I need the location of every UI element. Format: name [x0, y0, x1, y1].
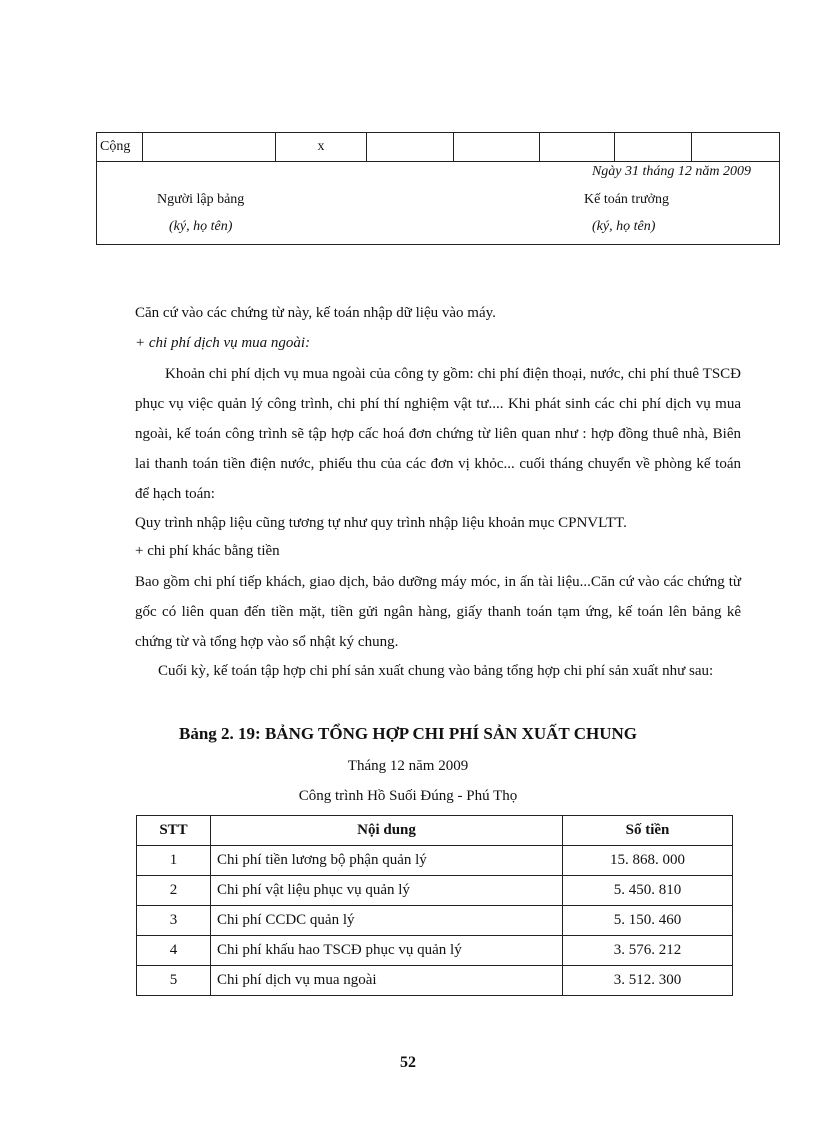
stt-cell: 4 — [137, 936, 211, 966]
signature-date: Ngày 31 tháng 12 năm 2009 — [592, 164, 751, 180]
heading-outsourced-services: + chi phí dịch vụ mua ngoài: — [135, 335, 310, 352]
table-title: Bảng 2. 19: BẢNG TỔNG HỢP CHI PHÍ SẢN XU… — [0, 724, 816, 744]
amount-cell: 3. 512. 300 — [563, 966, 733, 996]
signature-row: Ngày 31 tháng 12 năm 2009 Người lập bảng… — [97, 162, 780, 245]
table-row: 4Chi phí khấu hao TSCĐ phục vụ quản lý3.… — [137, 936, 733, 966]
paragraph-entry-process: Quy trình nhập liệu cũng tương tự như qu… — [135, 515, 627, 532]
header-content: Nội dung — [211, 816, 563, 846]
total-cell — [692, 133, 780, 162]
paragraph-data-entry: Căn cứ vào các chứng từ này, kế toán nhậ… — [135, 305, 496, 322]
preparer-note: (ký, họ tên) — [169, 219, 232, 235]
content-cell: Chi phí khấu hao TSCĐ phục vụ quản lý — [211, 936, 563, 966]
amount-cell: 5. 450. 810 — [563, 876, 733, 906]
total-cell — [615, 133, 692, 162]
total-cell — [540, 133, 615, 162]
preparer-title: Người lập bảng — [157, 192, 244, 208]
total-label: Cộng — [97, 133, 143, 162]
heading-other-cash-costs: + chi phí khác bằng tiền — [135, 543, 280, 560]
signature-block: Ngày 31 tháng 12 năm 2009 Người lập bảng… — [97, 162, 780, 245]
paragraph-period-end: Cuối kỳ, kế toán tập hợp chi phí sản xuấ… — [158, 657, 728, 686]
stt-cell: 2 — [137, 876, 211, 906]
table-row: 5Chi phí dịch vụ mua ngoài3. 512. 300 — [137, 966, 733, 996]
total-cell — [143, 133, 276, 162]
table-row: 1Chi phí tiền lương bộ phận quản lý15. 8… — [137, 846, 733, 876]
table-header-row: STT Nội dung Số tiền — [137, 816, 733, 846]
amount-cell: 5. 150. 460 — [563, 906, 733, 936]
summary-table-tail: Cộng x Ngày 31 tháng 12 năm 2009 Người l… — [96, 132, 780, 245]
total-row: Cộng x — [97, 133, 780, 162]
table-row: 3Chi phí CCDC quản lý5. 150. 460 — [137, 906, 733, 936]
amount-cell: 3. 576. 212 — [563, 936, 733, 966]
content-cell: Chi phí tiền lương bộ phận quản lý — [211, 846, 563, 876]
total-cell — [454, 133, 540, 162]
table-row: 2Chi phí vật liệu phục vụ quản lý5. 450.… — [137, 876, 733, 906]
content-cell: Chi phí CCDC quản lý — [211, 906, 563, 936]
chief-accountant-note: (ký, họ tên) — [592, 219, 655, 235]
page-number: 52 — [0, 1054, 816, 1072]
content-cell: Chi phí dịch vụ mua ngoài — [211, 966, 563, 996]
paragraph-outsourced-services: Khoản chi phí dịch vụ mua ngoài của công… — [135, 359, 741, 509]
paragraph-other-cash-costs: Bao gồm chi phí tiếp khách, giao dịch, b… — [135, 567, 741, 657]
stt-cell: 5 — [137, 966, 211, 996]
stt-cell: 3 — [137, 906, 211, 936]
content-cell: Chi phí vật liệu phục vụ quản lý — [211, 876, 563, 906]
stt-cell: 1 — [137, 846, 211, 876]
header-stt: STT — [137, 816, 211, 846]
header-amount: Số tiền — [563, 816, 733, 846]
table-period: Tháng 12 năm 2009 — [0, 758, 816, 775]
total-cell: x — [276, 133, 367, 162]
table-project: Công trình Hồ Suối Đúng - Phú Thọ — [0, 788, 816, 805]
chief-accountant-title: Kế toán trưởng — [584, 192, 669, 208]
overhead-cost-table: STT Nội dung Số tiền 1Chi phí tiền lương… — [136, 815, 733, 996]
total-cell — [367, 133, 454, 162]
amount-cell: 15. 868. 000 — [563, 846, 733, 876]
